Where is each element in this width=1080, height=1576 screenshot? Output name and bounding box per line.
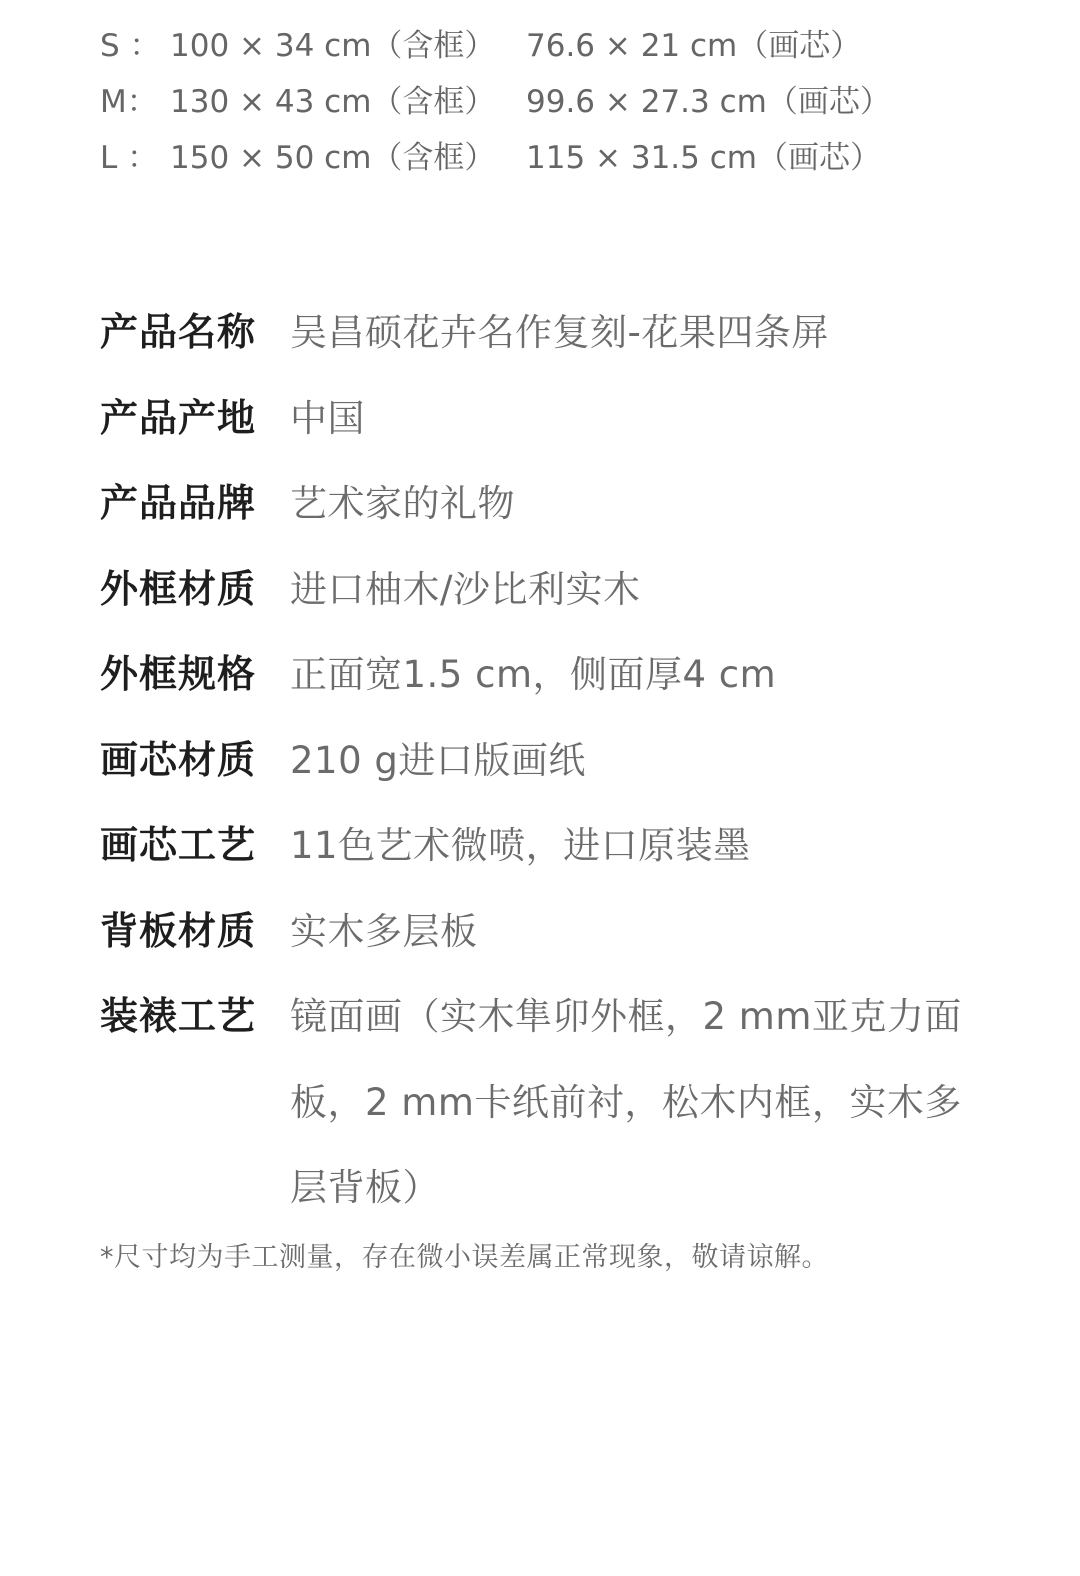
spec-value: 正面宽1.5 cm，侧面厚4 cm bbox=[290, 632, 990, 718]
spec-label: 产品品牌 bbox=[100, 461, 290, 547]
spec-row-frame-material: 外框材质 进口柚木/沙比利实木 bbox=[100, 547, 1000, 633]
spec-row-core-material: 画芯材质 210 g进口版画纸 bbox=[100, 718, 1000, 804]
size-list: S ： 100 × 34 cm（含框） 76.6 × 21 cm（画芯） M： … bbox=[100, 18, 891, 186]
spec-label: 装裱工艺 bbox=[100, 974, 290, 1060]
spec-table: 产品名称 吴昌硕花卉名作复刻-花果四条屏 产品产地 中国 产品品牌 艺术家的礼物… bbox=[100, 290, 1000, 1231]
spec-label: 产品名称 bbox=[100, 290, 290, 376]
size-painting-core: 115 × 31.5 cm（画芯） bbox=[526, 130, 881, 186]
size-with-frame: 150 × 50 cm（含框） bbox=[170, 130, 526, 186]
size-with-frame: 100 × 34 cm（含框） bbox=[170, 18, 526, 74]
size-row-s: S ： 100 × 34 cm（含框） 76.6 × 21 cm（画芯） bbox=[100, 18, 891, 74]
size-painting-core: 76.6 × 21 cm（画芯） bbox=[526, 18, 861, 74]
spec-value: 艺术家的礼物 bbox=[290, 461, 990, 547]
size-key: M： bbox=[100, 74, 170, 130]
size-painting-core: 99.6 × 27.3 cm（画芯） bbox=[526, 74, 891, 130]
spec-row-frame-spec: 外框规格 正面宽1.5 cm，侧面厚4 cm bbox=[100, 632, 1000, 718]
spec-label: 背板材质 bbox=[100, 889, 290, 975]
spec-value: 11色艺术微喷，进口原装墨 bbox=[290, 803, 990, 889]
size-key: L ： bbox=[100, 130, 170, 186]
spec-row-backboard-material: 背板材质 实木多层板 bbox=[100, 889, 1000, 975]
spec-value: 吴昌硕花卉名作复刻-花果四条屏 bbox=[290, 290, 990, 376]
spec-label: 外框规格 bbox=[100, 632, 290, 718]
spec-value: 镜面画（实木隼卯外框，2 mm亚克力面板，2 mm卡纸前衬，松木内框，实木多层背… bbox=[290, 974, 990, 1231]
size-key: S ： bbox=[100, 18, 170, 74]
spec-row-product-name: 产品名称 吴昌硕花卉名作复刻-花果四条屏 bbox=[100, 290, 1000, 376]
spec-value: 210 g进口版画纸 bbox=[290, 718, 990, 804]
spec-value: 实木多层板 bbox=[290, 889, 990, 975]
size-with-frame: 130 × 43 cm（含框） bbox=[170, 74, 526, 130]
measurement-disclaimer: *尺寸均为手工测量，存在微小误差属正常现象，敬请谅解。 bbox=[100, 1236, 829, 1280]
spec-label: 产品产地 bbox=[100, 376, 290, 462]
spec-value: 中国 bbox=[290, 376, 990, 462]
spec-label: 画芯工艺 bbox=[100, 803, 290, 889]
spec-row-brand: 产品品牌 艺术家的礼物 bbox=[100, 461, 1000, 547]
spec-label: 画芯材质 bbox=[100, 718, 290, 804]
spec-row-origin: 产品产地 中国 bbox=[100, 376, 1000, 462]
spec-label: 外框材质 bbox=[100, 547, 290, 633]
size-row-l: L ： 150 × 50 cm（含框） 115 × 31.5 cm（画芯） bbox=[100, 130, 891, 186]
spec-row-mounting-craft: 装裱工艺 镜面画（实木隼卯外框，2 mm亚克力面板，2 mm卡纸前衬，松木内框，… bbox=[100, 974, 1000, 1231]
spec-value: 进口柚木/沙比利实木 bbox=[290, 547, 990, 633]
size-row-m: M： 130 × 43 cm（含框） 99.6 × 27.3 cm（画芯） bbox=[100, 74, 891, 130]
spec-row-core-craft: 画芯工艺 11色艺术微喷，进口原装墨 bbox=[100, 803, 1000, 889]
